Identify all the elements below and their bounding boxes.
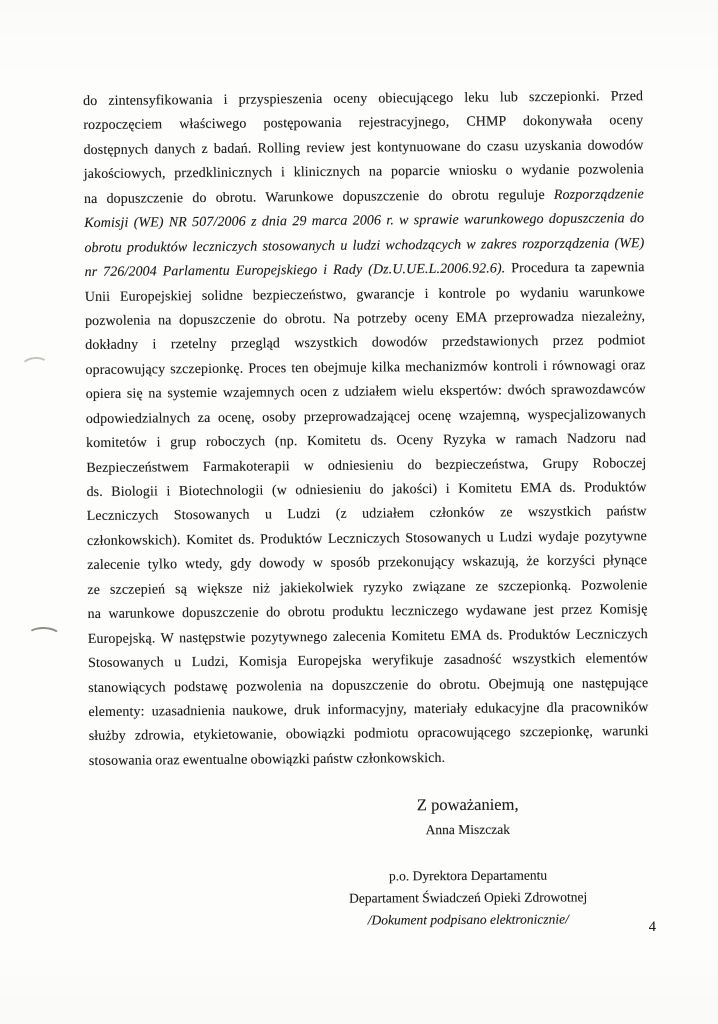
body-segment: Bezpieczeństwem Farmakoterapii w odniesi… (86, 456, 646, 476)
body-segment: stosowania oraz ewentualne obowiązki pań… (89, 751, 445, 769)
body-segment: Europejską. W następstwie pozytywnego za… (88, 627, 648, 647)
body-segment: ds. Biologii i Biotechnologii (w odniesi… (86, 480, 646, 500)
electronic-signature-note: /Dokument podpisano elektronicznie/ (288, 908, 648, 932)
scanned-letter-page: do zintensyfikowania i przyspieszenia oc… (0, 0, 718, 1024)
body-segment: do zintensyfikowania i przyspieszenia oc… (83, 89, 643, 109)
body-segment: jakościowych, przedklinicznych i klinicz… (84, 162, 644, 182)
signer-name: Anna Miszczak (288, 820, 648, 840)
body-segment: stanowiących podstawę pozwolenia na dopu… (88, 676, 648, 696)
letter-body-text: do zintensyfikowania i przyspieszenia oc… (83, 85, 649, 774)
body-segment-italic: nr 726/2004 Parlamentu Europejskiego i R… (85, 261, 506, 280)
closing-salutation: Z poważaniem, (288, 793, 648, 816)
body-segment: ze szczepień są większe niż jakiekolwiek… (87, 578, 647, 598)
signature-block: Z poważaniem, Anna Miszczak p.o. Dyrekto… (288, 793, 649, 932)
department-name: Departament Świadczeń Opieki Zdrowotnej (288, 886, 648, 910)
body-segment: dostępnych danych z badań. Rolling revie… (83, 138, 643, 158)
body-segment: Leczniczych Stosowanych u Ludzi (z udzia… (87, 505, 647, 525)
body-line: stosowania oraz ewentualne obowiązki pań… (89, 745, 649, 774)
body-segment: rozpoczęciem właściwego postępowania rej… (83, 114, 643, 134)
body-segment: opiera się na systemie wzajemnych ocen z… (86, 382, 646, 402)
body-segment: elementy: uzasadnienia naukowe, druk inf… (88, 700, 648, 720)
body-segment: na warunkowe dopuszczenie do obrotu prod… (88, 602, 648, 622)
body-segment: zalecenie tylko wtedy, gdy dowody w spos… (87, 553, 647, 573)
body-segment: służby zdrowia, etykietowanie, obowiązki… (89, 724, 649, 744)
body-segment-italic: Rozporządzenie (554, 187, 644, 203)
signer-title: p.o. Dyrektora Departamentu (288, 864, 648, 888)
body-segment: opracowujący szczepionkę. Proces ten obe… (85, 358, 645, 378)
body-segment: członkowskich). Komitet ds. Produktów Le… (87, 529, 647, 549)
body-segment-italic: Komisji (WE) NR 507/2006 z dnia 29 marca… (84, 211, 644, 231)
body-segment: dokładny i rzetelny przegląd wszystkich … (85, 334, 645, 354)
body-segment: odpowiedzialnych za ocenę, osoby przepro… (86, 407, 646, 427)
body-segment: Stosowanych u Ludzi, Komisja Europejska … (88, 651, 648, 671)
body-line: służby zdrowia, etykietowanie, obowiązki… (89, 720, 649, 749)
body-segment-italic: obrotu produktów leczniczych stosowanych… (84, 236, 644, 256)
body-segment: Procedura ta zapewnia (505, 260, 644, 276)
margin-pen-arc-mark-lower (27, 626, 62, 645)
body-segment: pozwolenia na dopuszczenie do obrotu. Na… (85, 309, 645, 329)
margin-pen-arc-mark-upper (20, 356, 49, 376)
body-segment: Unii Europejskiej solidne bezpieczeństwo… (85, 285, 645, 305)
body-segment: na dopuszczenie do obrotu. Warunkowe dop… (84, 188, 554, 207)
body-segment: komitetów i grup roboczych (np. Komitetu… (86, 431, 646, 451)
page-number: 4 (649, 919, 656, 936)
